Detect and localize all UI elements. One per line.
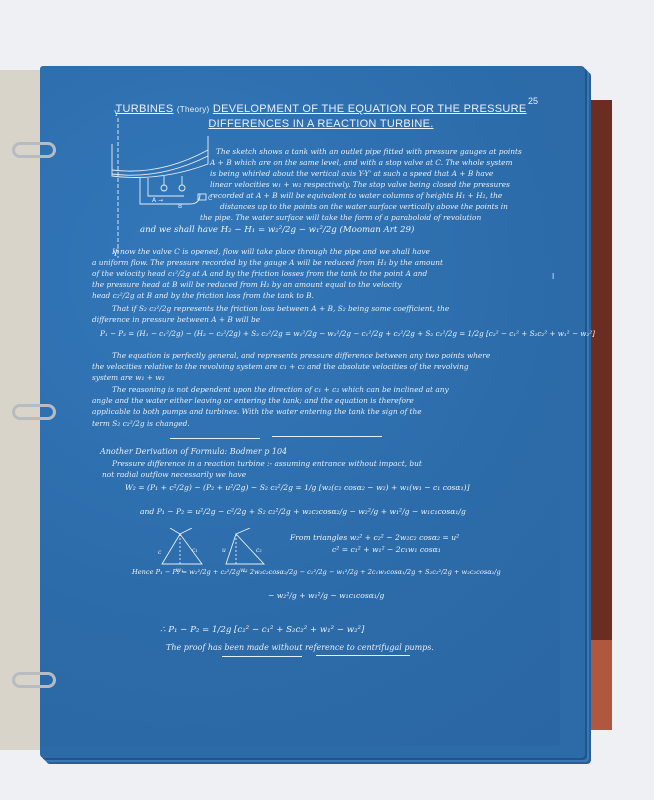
title-line-1: DEVELOPMENT OF THE EQUATION FOR THE PRES… (213, 103, 527, 115)
conclusion-underline-left (222, 656, 302, 657)
equation-triangle-outlet: From triangles w₂² + c₂² − 2w₂c₂ cosα₂ =… (290, 532, 459, 544)
svg-text:A →: A → (152, 197, 163, 204)
equation-surface-heights: and we shall have H₂ − H₁ = w₂²/2g − w₁²… (140, 224, 414, 236)
equation-triangle-inlet: c² = c₁² + w₁² − 2c₁w₁ cosα₁ (332, 544, 441, 556)
heading-another-derivation: Another Derivation of Formula: Bodmer p … (100, 446, 287, 457)
svg-text:u: u (222, 547, 226, 554)
svg-text:c: c (158, 549, 162, 556)
svg-text:B: B (178, 203, 182, 210)
section-divider-left (170, 438, 260, 439)
svg-text:c₂: c₂ (256, 547, 262, 554)
title-line-2: DIFFERENCES IN A REACTION TURBINE. (208, 118, 433, 130)
conclusion-text: The proof has been made without referenc… (166, 642, 434, 653)
section-divider-right (272, 436, 382, 437)
binder-ring-top (12, 142, 56, 158)
equation-result: ∴ P₁ − P₂ = 1/2g [c₂² − c₁² + S₂c₂² + w₁… (160, 624, 364, 636)
equation-work: W₂ = (P₁ + c²/2g) − (P₂ + u²/2g) − S₂ c₂… (125, 482, 470, 494)
margin-mark: I (552, 272, 554, 281)
equation-pressure-difference: P₁ − P₂ = (H₁ − c₁²/2g) − (H₂ − c₂²/2g) … (100, 328, 595, 340)
axis-y-label: Y (113, 110, 119, 118)
torn-cloth (588, 640, 612, 730)
equation-hence: Hence P₁ − P₂ = w₂²/2g + c₂²/2g − 2w₂c₂c… (132, 566, 501, 578)
binder-ring-middle (12, 404, 56, 420)
equation-hence-continued: − w₂²/g + w₁²/g − w₁c₁cosα₁/g (268, 590, 384, 602)
equation-and-pressure: and P₁ − P₂ = u²/2g − c²/2g + S₂ c₂²/2g … (140, 506, 466, 518)
conclusion-underline-right (316, 655, 410, 656)
svg-text:c₁: c₁ (192, 547, 198, 554)
blueprint-page: 25 TURBINES (Theory) DEVELOPMENT OF THE … (40, 66, 560, 746)
binder-ring-bottom (12, 672, 56, 688)
